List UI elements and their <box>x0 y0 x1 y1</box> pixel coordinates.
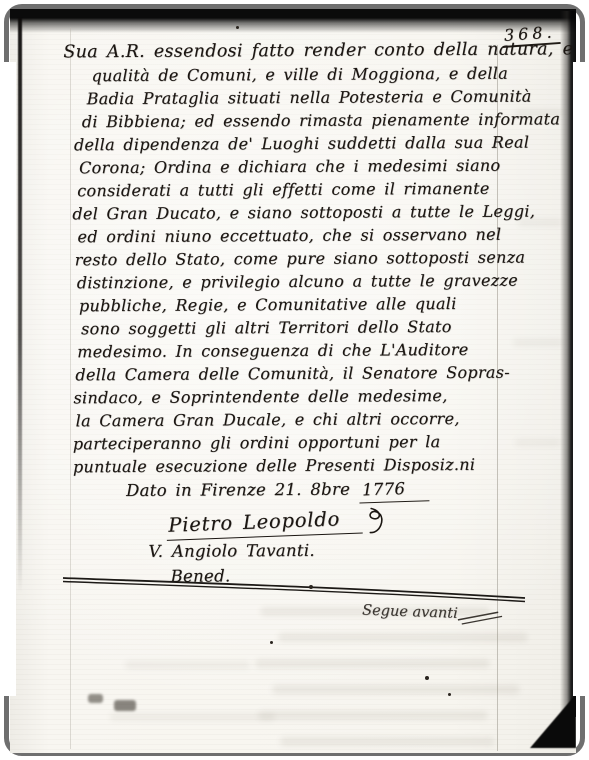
scan-edge-top <box>10 9 576 33</box>
dateline-year: 1776 <box>358 476 429 503</box>
signature-tavanti: V. Angiolo Tavanti. <box>148 538 518 564</box>
bleed-through-smudge <box>110 713 275 721</box>
signature-pietro-leopoldo: Pietro Leopoldo <box>166 505 518 539</box>
manuscript-line: sono soggetti gli altri Territori dello … <box>65 315 517 341</box>
manuscript-line: Corona; Ordina e dichiara che i medesimi… <box>64 154 516 180</box>
manuscript-line: la Camera Gran Ducale, e chi altri occor… <box>66 407 518 433</box>
signature-text: Pietro Leopoldo <box>166 505 363 541</box>
manuscript-line: considerati a tutti gli effetti come il … <box>64 177 516 203</box>
manuscript-line: pubbliche, Regie, e Comunitative alle qu… <box>65 292 517 318</box>
ink-speck <box>448 693 451 696</box>
ink-smudge <box>88 694 103 703</box>
manuscript-line: distinzione, e privilegio alcuno a tutte… <box>65 269 517 295</box>
manuscript-line: qualità de Comuni, e ville di Moggiona, … <box>63 62 515 88</box>
manuscript-line: di Bibbiena; ed essendo rimasta pienamen… <box>64 108 516 134</box>
manuscript-line: sindaco, e Soprintendente delle medesime… <box>65 384 517 410</box>
frame-side-fade-right <box>573 62 589 696</box>
page-corner-fold <box>530 694 576 748</box>
ink-smudge <box>114 700 136 711</box>
manuscript-scan-view: 368. Sua A.R. essendosi fatto render con… <box>0 0 589 760</box>
dateline: Dato in Firenze 21. 8bre 1776 <box>126 477 518 504</box>
manuscript-line: della dipendenza de' Luoghi suddetti dal… <box>64 131 516 157</box>
manuscript-line: resto dello Stato, come pure siano sotto… <box>65 246 517 272</box>
closing-rule <box>55 571 541 611</box>
bleed-through-smudge <box>280 737 495 746</box>
bleed-through-smudge <box>518 219 562 226</box>
bleed-through-smudge <box>513 339 563 346</box>
scan-edge-left <box>18 18 22 593</box>
bleed-through-smudge <box>255 659 490 668</box>
ink-speck <box>309 585 313 589</box>
manuscript-line: Sua A.R. essendosi fatto render conto de… <box>63 39 515 65</box>
bleed-through-smudge <box>260 607 490 616</box>
manuscript-line: puntuale esecuzione delle Presenti Dispo… <box>66 453 518 479</box>
ink-speck <box>425 676 429 680</box>
ink-speck <box>168 99 170 101</box>
ink-speck <box>270 641 273 644</box>
bleed-through-smudge <box>272 685 520 694</box>
manuscript-line: parteciperanno gli ordini opportuni per … <box>66 430 518 456</box>
ink-speck <box>236 26 239 29</box>
scanned-page: 368. Sua A.R. essendosi fatto render con… <box>10 9 576 753</box>
bleed-through-smudge <box>125 661 250 669</box>
manuscript-line: medesimo. In conseguenza di che L'Audito… <box>65 338 517 364</box>
bleed-through-smudge <box>515 109 563 116</box>
bleed-through-smudge <box>278 633 528 642</box>
manuscript-line: Badia Prataglia situati nella Potesteria… <box>64 85 516 111</box>
manuscript-line: della Camera delle Comunità, il Senatore… <box>65 361 517 387</box>
signature-paraph-flourish <box>364 505 388 537</box>
frame-side-fade-left <box>0 62 16 696</box>
dateline-text: Dato in Firenze 21. 8bre <box>126 480 359 500</box>
bleed-through-smudge <box>515 439 561 446</box>
manuscript-line: del Gran Ducato, e siano sottoposti a tu… <box>64 200 516 226</box>
manuscript-body: Sua A.R. essendosi fatto render conto de… <box>63 39 518 590</box>
manuscript-line: ed ordini niuno eccettuato, che si osser… <box>64 223 516 249</box>
bleed-through-smudge <box>258 711 488 720</box>
